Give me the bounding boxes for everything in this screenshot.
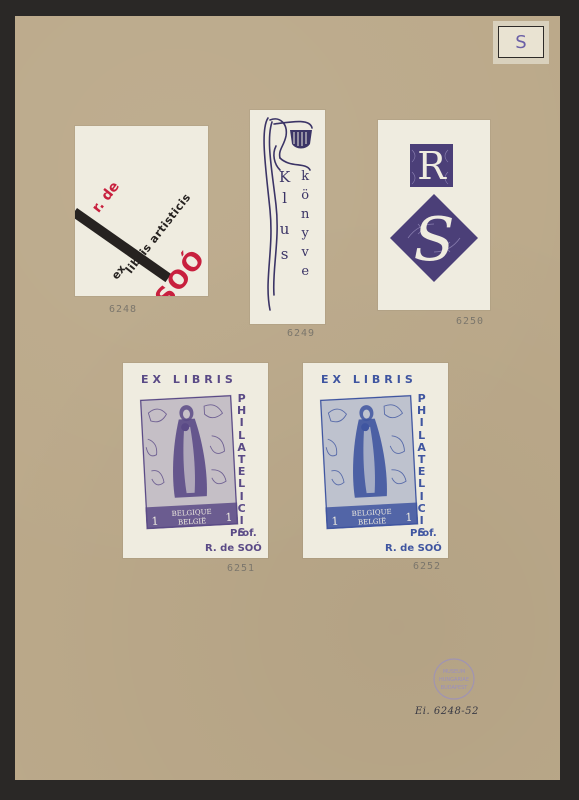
prof-text: Prof. [410,528,437,539]
inventory-number: 6248 [109,304,137,315]
museum-stamp-icon: MUSEUM HUNGARIAE BUDAPEST [431,656,477,702]
belgian-stamp-madonna-icon: BELGIQUEBELGIË11 [320,395,419,530]
letter: v [302,246,309,259]
rs-monogram-icon: R S [378,120,490,310]
letter: e [301,265,309,278]
prof-text: Prof. [230,528,257,539]
handwritten-catalog-note: Ei. 6248-52 [415,706,479,717]
letter: u [280,222,290,237]
philatelicis-vertical-text: PHILATELICIS [417,393,426,539]
inventory-number: 6252 [413,561,441,572]
letter: y [302,227,309,240]
svg-text:BUDAPEST: BUDAPEST [441,685,469,691]
svg-text:BELGIË: BELGIË [178,516,207,526]
bookplate-philatelicis-blue[interactable]: EX LIBRIS PHILATELICIS BELGIQUEBELGIË11 … [303,363,448,558]
svg-text:1: 1 [225,511,233,524]
letter: k [301,170,309,183]
inventory-number: 6249 [287,328,315,339]
letter: I [420,491,424,503]
letter: L [418,478,425,490]
svg-text:MUSEUM: MUSEUM [443,669,465,675]
belgian-stamp-madonna-icon: BELGIQUEBELGIË11 [140,395,239,530]
letter: l [282,191,287,206]
svg-text:BELGIË: BELGIË [358,516,387,526]
bookplate-rs-monogram[interactable]: R S [378,120,490,310]
album-sheet: S r. de SOÓ ex libris artisticis 6248 K … [15,16,560,780]
svg-text:1: 1 [405,511,413,524]
bookplate-philatelicis-violet[interactable]: EX LIBRIS PHILATELICIS BELGIQUEBELGIË11 … [123,363,268,558]
owner-name: R. de SOÓ [205,543,262,554]
inventory-number: 6250 [456,316,484,327]
konyve-column: k ö n y v e [301,170,309,278]
svg-text:HUNGARIAE: HUNGARIAE [439,677,469,683]
svg-text:R: R [417,144,447,188]
svg-text:S: S [413,205,454,275]
ex-libris-title: EX LIBRIS [141,373,237,386]
ex-libris-title: EX LIBRIS [321,373,417,386]
owner-initial-text: r. de [89,179,123,216]
letter: ö [301,189,309,202]
svg-text:1: 1 [151,515,159,528]
philatelicis-vertical-text: PHILATELICIS [237,393,246,539]
svg-text:1: 1 [331,515,339,528]
bookplate-klus-konyve[interactable]: K l u s k ö n y v e [250,110,325,324]
inventory-number: 6251 [227,563,255,574]
letter: I [420,417,424,429]
letter: L [238,430,245,442]
owner-name: R. de SOÓ [385,543,442,554]
letter: L [418,430,425,442]
letter: K [279,170,290,185]
letter: L [238,478,245,490]
letter: s [281,247,289,262]
klus-column: K l u s [279,170,290,262]
letter: I [240,491,244,503]
corner-label-text: S [515,32,526,53]
bookplate-soo-artisticis[interactable]: r. de SOÓ ex libris artisticis [75,126,208,296]
letter: I [240,417,244,429]
corner-label: S [498,26,544,58]
letter: n [301,208,309,221]
